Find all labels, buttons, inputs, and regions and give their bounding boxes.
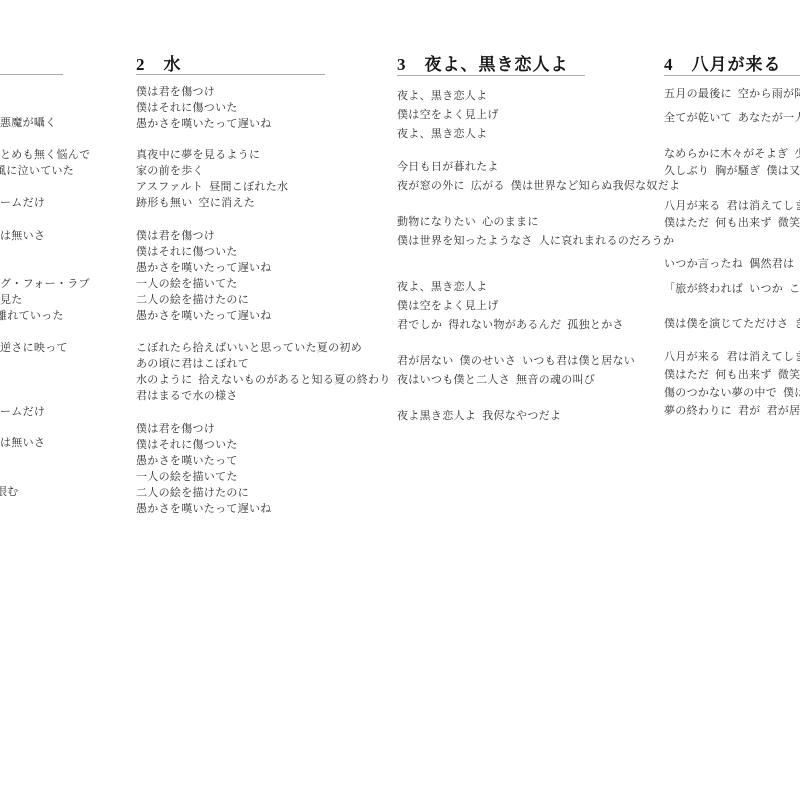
lyric-line: とめも無く悩んで: [0, 147, 90, 163]
lyric-line: 二人の絵を描けたのに: [136, 292, 272, 308]
lyric-line: 愚かさを嘆いたって遅いね: [136, 116, 272, 132]
stanza: ームだけ: [0, 404, 45, 420]
lyric-line: 夜よ、黒き恋人よ: [397, 125, 499, 144]
lyric-line: 跡形も無い 空に消えた: [136, 195, 288, 211]
lyric-line: 君でしか 得れない物があるんだ 孤独とかさ: [397, 316, 624, 335]
title-rule: [397, 75, 585, 76]
lyric-line: 僕は君を傷つけ: [136, 228, 272, 244]
lyric-line: 僕は空をよく見上げ: [397, 297, 624, 316]
lyric-line: こぼれたら拾えばいいと思っていた夏の初め: [136, 340, 391, 356]
lyric-line: 恨む: [0, 484, 19, 500]
stanza: 僕は君を傷つけ僕はそれに傷ついた愚かさを嘆いたって遅いね一人の絵を描いてた二人の…: [136, 228, 272, 324]
lyric-line: 愚かさを嘆いたって: [136, 453, 272, 469]
lyric-line: 水のように 拾えないものがあると知る夏の終わり: [136, 372, 391, 388]
lyrics-column-track-3: 3 夜よ、黒き恋人よ夜よ、黒き恋人よ僕は空をよく見上げ夜よ、黒き恋人よ今日も日が…: [397, 0, 667, 800]
lyric-line: 君はまるで水の様さ: [136, 388, 391, 404]
lyric-line: 八月が来る 君は消えてしまうのか: [664, 348, 800, 366]
lyric-line: 逆さに映って: [0, 340, 68, 356]
lyric-line: 風に泣いていた: [0, 163, 90, 179]
lyric-line: 愚かさを嘆いたって遅いね: [136, 501, 272, 517]
lyric-line: 僕は僕を演じてただけさ きっと: [664, 316, 800, 333]
lyric-line: ームだけ: [0, 404, 45, 420]
lyric-line: 僕は君を傷つけ: [136, 84, 272, 100]
lyric-line: アスファルト 昼間こぼれた水: [136, 179, 288, 195]
lyric-line: なめらかに木々がそよぎ 少しだけ: [664, 146, 800, 163]
lyric-line: 君が居ない 僕のせいさ いつも君は僕と居ない: [397, 352, 635, 371]
lyric-line: 夢の終わりに 君が 君が居たんだ: [664, 402, 800, 420]
stanza: 恨む: [0, 484, 19, 500]
stanza: は無いさ: [0, 435, 45, 451]
stanza: 今日も日が暮れたよ夜が窓の外に 広がる 僕は世界など知らぬ我侭な奴だよ: [397, 158, 680, 196]
lyric-line: 全てが乾いて あなたが一人残されて: [664, 106, 800, 130]
lyric-line: 今日も日が暮れたよ: [397, 158, 680, 177]
lyric-line: 「旅が終われば いつか ここを出て行くよ」: [664, 277, 800, 302]
lyric-line: 僕はただ 何も出来ず 微笑んで: [664, 215, 800, 232]
lyric-line: 真夜中に夢を見るように: [136, 147, 288, 163]
stanza: 夜よ、黒き恋人よ僕は空をよく見上げ君でしか 得れない物があるんだ 孤独とかさ: [397, 278, 624, 335]
lyric-line: 夜よ、黒き恋人よ: [397, 87, 499, 106]
lyric-line: グ・フォー・ラブ: [0, 276, 90, 292]
lyric-line: 夜よ、黒き恋人よ: [397, 278, 624, 297]
stanza: とめも無く悩んで風に泣いていた: [0, 147, 90, 179]
lyric-line: 僕はただ 何も出来ず 微笑んで: [664, 366, 800, 384]
stanza: 君が居ない 僕のせいさ いつも君は僕と居ない夜はいつも僕と二人さ 無音の魂の叫び: [397, 352, 635, 390]
lyric-line: 悪魔が囁く: [0, 115, 57, 131]
lyrics-column-track-4: 4 八月が来る五月の最後に 空から雨が降り注ぎ全てが乾いて あなたが一人残されて…: [664, 0, 800, 800]
title-rule: [136, 74, 325, 75]
stanza: 僕は僕を演じてただけさ きっと: [664, 316, 800, 333]
lyrics-column-track-2: 2 水僕は君を傷つけ僕はそれに傷ついた愚かさを嘆いたって遅いね真夜中に夢を見るよ…: [136, 0, 406, 800]
stanza: なめらかに木々がそよぎ 少しだけ久しぶり 胸が騒ぎ 僕は又、微笑んだ: [664, 146, 800, 180]
lyric-line: 夜が窓の外に 広がる 僕は世界など知らぬ我侭な奴だよ: [397, 177, 680, 196]
stanza: 五月の最後に 空から雨が降り注ぎ全てが乾いて あなたが一人残されて: [664, 82, 800, 130]
track-title: 4 八月が来る: [664, 50, 782, 75]
lyric-line: は無いさ: [0, 228, 45, 244]
lyric-line: 僕は君を傷つけ: [136, 421, 272, 437]
lyric-line: 五月の最後に 空から雨が降り注ぎ: [664, 82, 800, 106]
track-title: 3 夜よ、黒き恋人よ: [397, 50, 569, 75]
stanza: 真夜中に夢を見るように家の前を歩くアスファルト 昼間こぼれた水跡形も無い 空に消…: [136, 147, 288, 211]
lyric-line: 愚かさを嘆いたって遅いね: [136, 308, 272, 324]
lyric-line: 見た: [0, 292, 90, 308]
stanza: いつか言ったね 偶然君は ここで「旅が終われば いつか ここを出て行くよ」: [664, 252, 800, 302]
lyric-line: 動物になりたい 心のままに: [397, 213, 674, 232]
stanza: 八月が来る 君は消えてしまうのか僕はただ 何も出来ず 微笑んで: [664, 198, 800, 232]
lyric-line: 家の前を歩く: [136, 163, 288, 179]
lyric-line: ームだけ: [0, 195, 45, 211]
stanza: ームだけ: [0, 195, 45, 211]
lyric-line: 夜はいつも僕と二人さ 無音の魂の叫び: [397, 371, 635, 390]
lyric-line: 夜よ黒き恋人よ 我侭なやつだよ: [397, 407, 561, 426]
lyrics-booklet-page: 悪魔が囁くとめも無く悩んで風に泣いていたームだけは無いさグ・フォー・ラブ見た離れ…: [0, 0, 800, 800]
stanza: は無いさ: [0, 228, 45, 244]
stanza: グ・フォー・ラブ見た離れていった: [0, 276, 90, 324]
lyric-line: 愚かさを嘆いたって遅いね: [136, 260, 272, 276]
lyric-line: 久しぶり 胸が騒ぎ 僕は又、微笑んだ: [664, 163, 800, 180]
lyric-line: 二人の絵を描けたのに: [136, 485, 272, 501]
lyric-line: 一人の絵を描いてた: [136, 276, 272, 292]
stanza: 夜よ、黒き恋人よ僕は空をよく見上げ夜よ、黒き恋人よ: [397, 87, 499, 144]
lyric-line: 僕は空をよく見上げ: [397, 106, 499, 125]
lyrics-column-track-1: 悪魔が囁くとめも無く悩んで風に泣いていたームだけは無いさグ・フォー・ラブ見た離れ…: [0, 0, 130, 800]
lyric-line: あの頃に君はこぼれて: [136, 356, 391, 372]
track-title: 2 水: [136, 50, 182, 75]
title-rule: [664, 75, 800, 76]
lyric-line: 一人の絵を描いてた: [136, 469, 272, 485]
lyric-line: 八月が来る 君は消えてしまうのか: [664, 198, 800, 215]
lyric-line: 僕は世界を知ったようなさ 人に哀れまれるのだろうか: [397, 232, 674, 251]
lyric-line: は無いさ: [0, 435, 45, 451]
stanza: 僕は君を傷つけ僕はそれに傷ついた愚かさを嘆いたって一人の絵を描いてた二人の絵を描…: [136, 421, 272, 517]
lyric-line: 僕はそれに傷ついた: [136, 100, 272, 116]
stanza: 僕は君を傷つけ僕はそれに傷ついた愚かさを嘆いたって遅いね: [136, 84, 272, 132]
lyric-line: 僕はそれに傷ついた: [136, 437, 272, 453]
lyric-line: 僕はそれに傷ついた: [136, 244, 272, 260]
stanza: 八月が来る 君は消えてしまうのか僕はただ 何も出来ず 微笑んで傷のつかない夢の中…: [664, 348, 800, 420]
stanza: 動物になりたい 心のままに僕は世界を知ったようなさ 人に哀れまれるのだろうか: [397, 213, 674, 251]
stanza: こぼれたら拾えばいいと思っていた夏の初めあの頃に君はこぼれて水のように 拾えない…: [136, 340, 391, 404]
lyric-line: 傷のつかない夢の中で 僕は抱かれて: [664, 384, 800, 402]
stanza: 悪魔が囁く: [0, 115, 57, 131]
title-rule: [0, 74, 63, 75]
stanza: 逆さに映って: [0, 340, 68, 356]
lyric-line: いつか言ったね 偶然君は ここで: [664, 252, 800, 277]
lyric-line: 離れていった: [0, 308, 90, 324]
stanza: 夜よ黒き恋人よ 我侭なやつだよ: [397, 407, 561, 426]
